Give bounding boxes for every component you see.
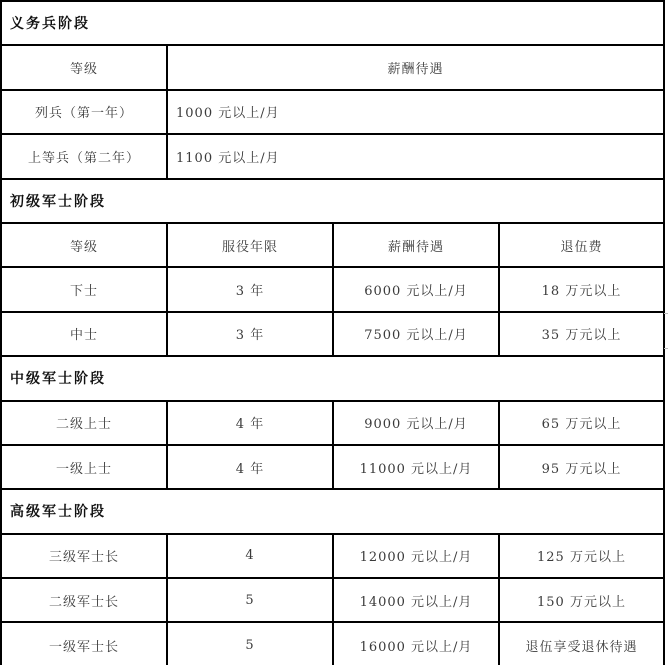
years-cell: 3 年 xyxy=(168,313,334,355)
section-header-row: 义务兵阶段 xyxy=(2,2,663,46)
header-pay: 薪酬待遇 xyxy=(168,46,663,88)
pay-cell: 12000 元以上/月 xyxy=(334,535,500,577)
table-row: 二级军士长 5 14000 元以上/月 150 万元以上 xyxy=(2,579,663,623)
years-cell: 4 年 xyxy=(168,446,334,488)
table-row: 一级上士 4 年 11000 元以上/月 95 万元以上 xyxy=(2,446,663,490)
pay-cell: 7500 元以上/月 xyxy=(334,313,500,355)
pay-cell: 1100 元以上/月 xyxy=(168,135,663,177)
section-title: 中级军士阶段 xyxy=(2,357,663,399)
column-header-row: 等级 薪酬待遇 xyxy=(2,46,663,90)
header-pay: 薪酬待遇 xyxy=(334,224,500,266)
severance-cell: 125 万元以上 xyxy=(500,535,663,577)
column-header-row: 等级 服役年限 薪酬待遇 退伍费 xyxy=(2,224,663,268)
years-cell: 5 xyxy=(168,579,334,621)
pay-cell: 11000 元以上/月 xyxy=(334,446,500,488)
pay-cell: 14000 元以上/月 xyxy=(334,579,500,621)
rank-cell: 一级上士 xyxy=(2,446,168,488)
section-title: 高级军士阶段 xyxy=(2,490,663,532)
severance-cell: 退伍享受退休待遇 xyxy=(500,623,663,665)
table-row: 列兵（第一年） 1000 元以上/月 xyxy=(2,91,663,135)
rank-cell: 二级上士 xyxy=(2,402,168,444)
severance-cell: 150 万元以上 xyxy=(500,579,663,621)
pay-cell: 16000 元以上/月 xyxy=(334,623,500,665)
table-row: 上等兵（第二年） 1100 元以上/月 xyxy=(2,135,663,179)
severance-cell: 65 万元以上 xyxy=(500,402,663,444)
pay-cell: 6000 元以上/月 xyxy=(334,268,500,310)
pay-cell: 9000 元以上/月 xyxy=(334,402,500,444)
severance-cell: 18 万元以上 xyxy=(500,268,663,310)
table-row: 下士 3 年 6000 元以上/月 18 万元以上 xyxy=(2,268,663,312)
table-row: 中士 3 年 7500 元以上/月 35 万元以上 xyxy=(2,313,663,357)
header-rank: 等级 xyxy=(2,224,168,266)
rank-cell: 中士 xyxy=(2,313,168,355)
table-row: 二级上士 4 年 9000 元以上/月 65 万元以上 xyxy=(2,402,663,446)
rank-cell: 一级军士长 xyxy=(2,623,168,665)
section-title: 义务兵阶段 xyxy=(2,2,663,44)
years-cell: 4 xyxy=(168,535,334,577)
table-row: 三级军士长 4 12000 元以上/月 125 万元以上 xyxy=(2,535,663,579)
rank-cell: 三级军士长 xyxy=(2,535,168,577)
severance-cell: 35 万元以上 xyxy=(500,313,663,355)
years-cell: 5 xyxy=(168,623,334,665)
section-header-row: 中级军士阶段 xyxy=(2,357,663,401)
rank-cell: 列兵（第一年） xyxy=(2,91,168,133)
rank-cell: 上等兵（第二年） xyxy=(2,135,168,177)
years-cell: 3 年 xyxy=(168,268,334,310)
edge-mark xyxy=(664,313,668,314)
years-cell: 4 年 xyxy=(168,402,334,444)
rank-cell: 下士 xyxy=(2,268,168,310)
section-title: 初级军士阶段 xyxy=(2,180,663,222)
rank-cell: 二级军士长 xyxy=(2,579,168,621)
header-years: 服役年限 xyxy=(168,224,334,266)
header-rank: 等级 xyxy=(2,46,168,88)
header-severance: 退伍费 xyxy=(500,224,663,266)
edge-mark xyxy=(664,348,668,349)
severance-cell: 95 万元以上 xyxy=(500,446,663,488)
section-header-row: 初级军士阶段 xyxy=(2,180,663,224)
military-pay-table: 义务兵阶段 等级 薪酬待遇 列兵（第一年） 1000 元以上/月 上等兵（第二年… xyxy=(0,0,665,665)
section-header-row: 高级军士阶段 xyxy=(2,490,663,534)
pay-cell: 1000 元以上/月 xyxy=(168,91,663,133)
table-row: 一级军士长 5 16000 元以上/月 退伍享受退休待遇 xyxy=(2,623,663,665)
